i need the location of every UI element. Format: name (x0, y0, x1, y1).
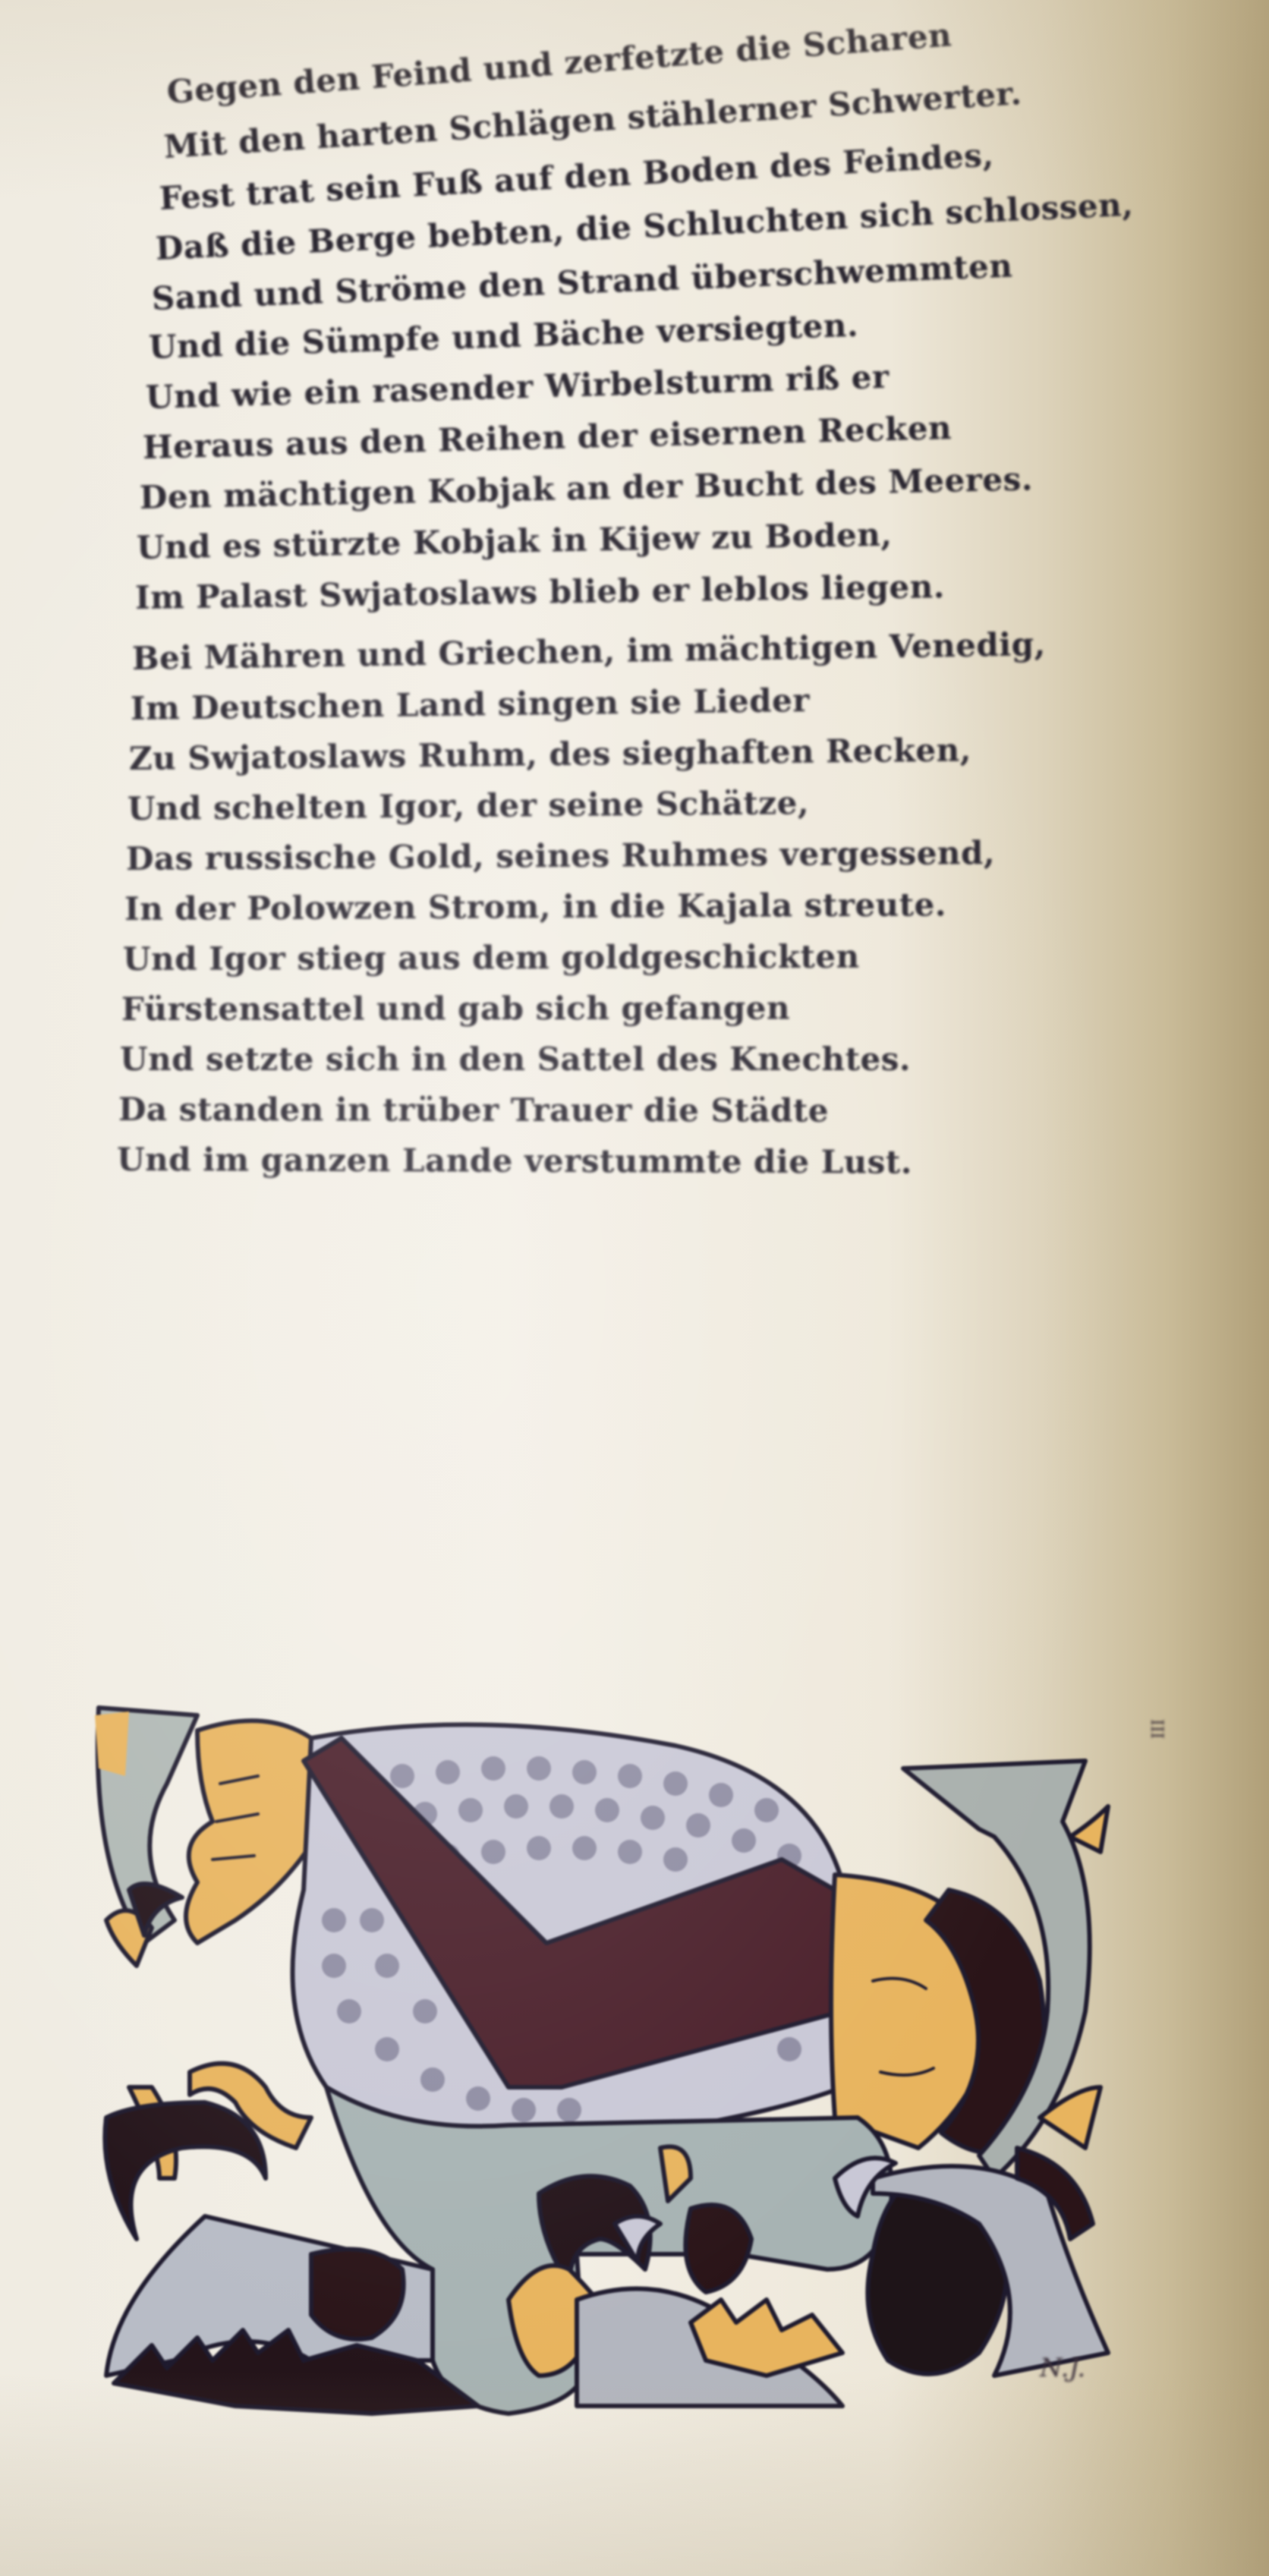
poem-line: Und Igor stieg aus dem goldgeschickten (123, 931, 1223, 984)
poem-line: Fürstensattel und gab sich gefangen (121, 983, 1222, 1034)
page-mark: III (1146, 1719, 1163, 1772)
poem-text: Gegen den Feind und zerfetzte die Schare… (114, 68, 1214, 1158)
stanza-2: Bei Mähren und Griechen, im mächtigen Ve… (114, 624, 1214, 1158)
poem-line: Und setzte sich in den Sattel des Knecht… (120, 1035, 1220, 1084)
artist-signature: N.J. (1040, 2353, 1085, 2383)
poem-line: Und im ganzen Lande verstummte die Lust. (117, 1135, 1217, 1188)
stanza-1: Gegen den Feind und zerfetzte die Schare… (114, 68, 1214, 603)
poem-line: Da standen in trüber Trauer die Städte (118, 1085, 1219, 1136)
poem-line: Und schelten Igor, der seine Schätze, (128, 775, 1229, 833)
fallen-warrior-illustration (83, 1693, 1161, 2429)
poem-line: Zu Swjatoslaws Ruhm, des sieghaften Reck… (129, 723, 1230, 783)
warrior-woodcut-image (83, 1693, 1161, 2429)
book-page: Gegen den Feind und zerfetzte die Schare… (0, 0, 1269, 2576)
poem-line: In der Polowzen Strom, in die Kajala str… (124, 879, 1225, 934)
poem-line: Das russische Gold, seines Ruhmes verges… (126, 827, 1226, 883)
